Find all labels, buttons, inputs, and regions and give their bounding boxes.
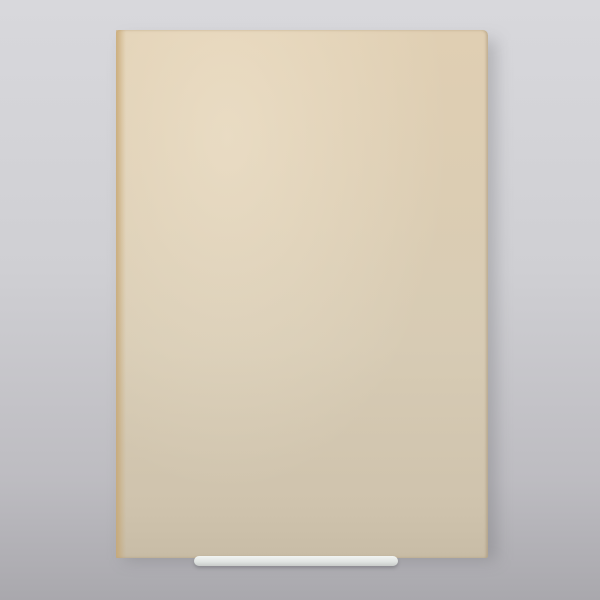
- grey-backdrop: [0, 0, 600, 600]
- display-stand: [194, 556, 398, 566]
- book-spine-edge: [116, 30, 126, 558]
- blank-book-cover: [116, 30, 488, 558]
